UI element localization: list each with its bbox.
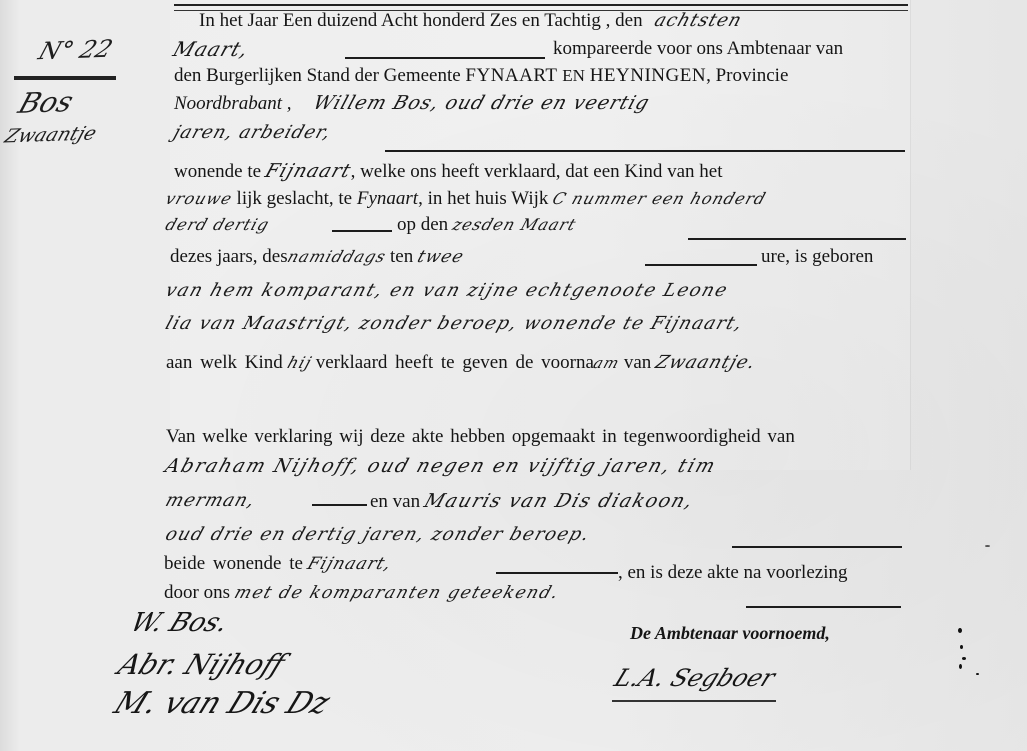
- fill-line: [732, 546, 902, 548]
- handwritten-suffix: am: [590, 352, 622, 374]
- printed-text: , welke ons heeft verklaard, dat een Kin…: [351, 161, 723, 182]
- printed-text: EN: [562, 66, 585, 85]
- line-6: wonende te Fijnaart, welke ons heeft ver…: [174, 160, 723, 183]
- line-9b: ure, is geboren: [761, 246, 873, 268]
- signature-father: W. Bos.: [126, 608, 233, 638]
- handwritten-time-of-day: namiddags: [284, 246, 389, 268]
- line-16: oud drie en dertig jaren, zonder beroep.: [166, 524, 589, 546]
- handwritten-signing-note: met de komparanten geteekend.: [231, 582, 562, 604]
- margin-surname: Bos: [14, 85, 77, 120]
- official-label: De Ambtenaar voornoemd,: [630, 623, 830, 643]
- printed-text: kompareerde voor ons Ambtenaar van: [553, 38, 843, 59]
- printed-text: In het Jaar Een duizend Acht honderd Zes…: [199, 10, 643, 31]
- province-name: Noordbrabant ,: [174, 93, 292, 114]
- line-19: De Ambtenaar voornoemd,: [630, 622, 830, 645]
- handwritten-residence: Fijnaart: [262, 160, 354, 182]
- handwritten-house-cont: derd dertig: [162, 214, 272, 236]
- fill-line: [312, 504, 367, 506]
- fill-line: [496, 572, 618, 574]
- handwritten-witness-2: Mauris van Dis diakoon,: [421, 490, 696, 512]
- line-18: door ons met de komparanten geteekend.: [164, 582, 559, 604]
- margin-record-number: N° 22: [35, 35, 116, 65]
- signature-witness-1: Abr. Nijhoff: [113, 648, 289, 681]
- line-15b: en van Mauris van Dis diakoon,: [370, 490, 693, 513]
- line-13: Van welke verklaring wij deze akte hebbe…: [166, 426, 795, 448]
- handwritten-witness-2-details: oud drie en dertig jaren, zonder beroep.: [162, 524, 593, 546]
- printed-text: en van: [370, 491, 420, 512]
- line-9: dezes jaars, desnamiddags ten twee: [170, 246, 463, 268]
- margin-underline: [14, 76, 116, 80]
- scan-speck: [960, 645, 963, 649]
- printed-text: dezes jaars, des: [170, 246, 288, 267]
- handwritten-month: Maart,: [170, 38, 251, 60]
- fill-line: [345, 57, 545, 59]
- place-name: Fynaart: [357, 188, 418, 209]
- handwritten-birth-date: zesden Maart: [449, 214, 579, 236]
- line-2: Maart,: [174, 38, 248, 62]
- line-10: van hem komparant, en van zijne echtgeno…: [166, 280, 728, 302]
- printed-text: , in het huis Wijk: [418, 188, 548, 209]
- handwritten-parents: van hem komparant, en van zijne echtgeno…: [162, 280, 731, 302]
- line-11: lia van Maastrigt, zonder beroep, wonend…: [166, 313, 742, 335]
- printed-text: ten: [390, 246, 413, 267]
- printed-text: verklaard heeft te geven de voorna: [316, 352, 594, 373]
- printed-text: ure, is geboren: [761, 246, 873, 267]
- fill-line: [645, 264, 757, 266]
- margin-given-name: Zwaantje: [2, 122, 99, 147]
- line-8b: op den zesden Maart: [397, 214, 576, 236]
- scan-speck: [962, 657, 966, 660]
- municipality-name: HEYNINGEN: [590, 65, 706, 86]
- printed-text: van: [624, 352, 651, 373]
- fill-line: [746, 606, 901, 608]
- handwritten-declarant: Willem Bos, oud drie en veertig: [311, 92, 653, 114]
- scan-speck: [985, 545, 990, 547]
- line-14: Abraham Nijhoff, oud negen en vijftig ja…: [166, 455, 716, 478]
- line-4: Noordbrabant , Willem Bos, oud drie en v…: [174, 92, 649, 115]
- line-2-print: kompareerde voor ons Ambtenaar van: [553, 38, 843, 60]
- printed-text: Van welke verklaring wij deze akte hebbe…: [166, 426, 795, 447]
- handwritten-house: C nummer een honderd: [550, 188, 770, 210]
- line-17b: , en is deze akte na voorlezing: [618, 562, 847, 584]
- handwritten-occupation-1: merman,: [162, 490, 258, 512]
- line-8: derd dertig: [166, 214, 269, 236]
- handwritten-residence-witnesses: Fijnaart,: [304, 553, 394, 575]
- printed-text: beide wonende te: [164, 553, 303, 574]
- printed-text: wonende te: [174, 161, 261, 182]
- scanned-record-page: N° 22 Bos Zwaantje In het Jaar Een duize…: [0, 0, 1027, 751]
- header-rule: [174, 4, 908, 6]
- line-12: aan welk Kind hij verklaard heeft te gev…: [166, 352, 755, 374]
- printed-text: , en is deze akte na voorlezing: [618, 562, 847, 583]
- line-5: jaren, arbeider,: [174, 122, 330, 144]
- handwritten-sex: vrouwe: [162, 188, 235, 210]
- line-15: merman,: [166, 490, 254, 512]
- fill-line: [332, 230, 392, 232]
- handwritten-occupation: jaren, arbeider,: [170, 122, 334, 144]
- fill-line: [688, 238, 906, 240]
- line-1: In het Jaar Een duizend Acht honderd Zes…: [199, 10, 742, 32]
- signature-flourish: [612, 700, 776, 702]
- handwritten-day: achtsten: [652, 10, 746, 32]
- printed-text: door ons: [164, 582, 230, 603]
- handwritten-pronoun: hij: [284, 352, 315, 374]
- scan-speck: [976, 673, 979, 675]
- handwritten-child-name: Zwaantje.: [652, 352, 758, 374]
- line-17: beide wonende te Fijnaart,: [164, 553, 391, 575]
- scan-speck: [958, 628, 962, 633]
- line-3: den Burgerlijken Stand der Gemeente FYNA…: [174, 65, 788, 87]
- handwritten-mother: lia van Maastrigt, zonder beroep, wonend…: [162, 313, 746, 335]
- signature-official: L.A. Segboer: [610, 664, 779, 692]
- printed-text: den Burgerlijken Stand der Gemeente: [174, 65, 461, 86]
- signature-witness-2: M. van Dis Dz: [109, 686, 335, 721]
- printed-text: lijk geslacht, te: [237, 188, 353, 209]
- printed-text: aan welk Kind: [166, 352, 283, 373]
- printed-text: , Provincie: [706, 65, 788, 86]
- printed-text: op den: [397, 214, 448, 235]
- scan-speck: [959, 664, 962, 669]
- handwritten-witness-1: Abraham Nijhoff, oud negen en vijftig ja…: [162, 455, 719, 477]
- municipality-name: FYNAART: [465, 65, 557, 86]
- handwritten-hour: twee: [414, 246, 467, 268]
- line-7: vrouwe lijk geslacht, te Fynaart, in het…: [166, 188, 766, 210]
- fill-line: [385, 150, 905, 152]
